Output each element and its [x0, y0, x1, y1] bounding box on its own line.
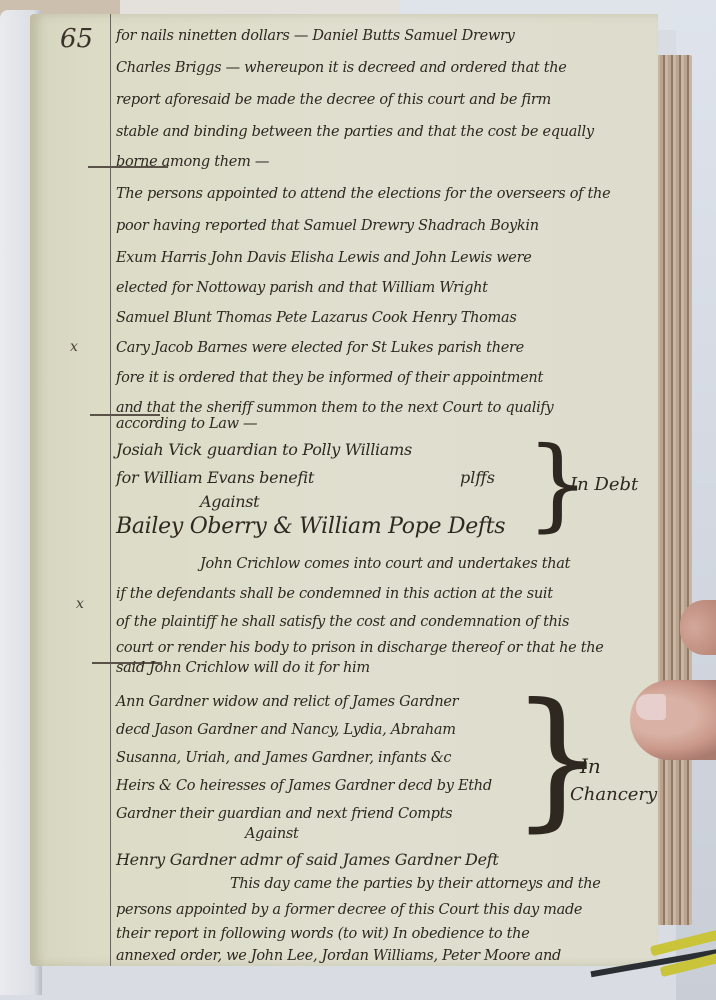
- against-label: Against: [200, 492, 259, 511]
- text-line: report aforesaid be made the decree of t…: [116, 92, 551, 108]
- book-clamp: [590, 920, 716, 1000]
- book-page-edges: [652, 55, 692, 925]
- text-line: annexed order, we John Lee, Jordan Willi…: [116, 948, 561, 964]
- against-label: Against: [245, 826, 299, 842]
- margin-mark: x: [70, 339, 78, 355]
- text-line: This day came the parties by their attor…: [230, 876, 601, 892]
- text-line: stable and binding between the parties a…: [116, 124, 594, 140]
- text-line: fore it is ordered that they be informed…: [116, 370, 543, 386]
- case-type-label: In Debt: [570, 474, 638, 495]
- text-line: persons appointed by a former decree of …: [116, 902, 582, 918]
- margin-mark: x: [76, 596, 84, 612]
- text-line: if the defendants shall be condemned in …: [116, 586, 553, 602]
- case-complainant-line: Susanna, Uriah, and James Gardner, infan…: [116, 750, 451, 766]
- case-complainant-line: decd Jason Gardner and Nancy, Lydia, Abr…: [116, 722, 456, 738]
- text-line: said John Crichlow will do it for him: [116, 660, 370, 676]
- text-line: their report in following words (to wit)…: [116, 926, 529, 942]
- text-line: and that the sheriff summon them to the …: [116, 400, 553, 416]
- case-complainant-line: Heirs & Co heiresses of James Gardner de…: [116, 778, 492, 794]
- case-plaintiff-line: Josiah Vick guardian to Polly Williams: [116, 440, 412, 459]
- text-line: borne among them —: [116, 154, 269, 170]
- case-type-label-in: In: [580, 754, 601, 778]
- text-line: according to Law —: [116, 416, 257, 432]
- thumbnail: [636, 694, 666, 720]
- case-complainant-line: Gardner their guardian and next friend C…: [116, 806, 452, 822]
- text-line: The persons appointed to attend the elec…: [116, 186, 610, 202]
- ledger-page: 65 x x for nails ninetten dollars — Dani…: [30, 14, 658, 966]
- text-line: John Crichlow comes into court and under…: [200, 556, 570, 572]
- thumb: [630, 680, 716, 760]
- text-line: of the plaintiff he shall satisfy the co…: [116, 614, 569, 630]
- text-line: court or render his body to prison in di…: [116, 640, 604, 656]
- text-line: Samuel Blunt Thomas Pete Lazarus Cook He…: [116, 310, 517, 326]
- margin-rule: [110, 14, 111, 966]
- text-line: Cary Jacob Barnes were elected for St Lu…: [116, 340, 524, 356]
- case-defendant-line: Henry Gardner admr of said James Gardner…: [116, 850, 499, 869]
- page-number: 65: [60, 24, 93, 54]
- text-line: Exum Harris John Davis Elisha Lewis and …: [116, 250, 532, 266]
- case-defendants-line: Bailey Oberry & William Pope Defts: [116, 514, 505, 539]
- case-complainant-line: Ann Gardner widow and relict of James Ga…: [116, 694, 458, 710]
- case-type-label-chancery: Chancery: [570, 784, 657, 805]
- text-line: for nails ninetten dollars — Daniel Butt…: [116, 28, 515, 44]
- text-line: elected for Nottoway parish and that Wil…: [116, 280, 488, 296]
- plaintiffs-label: plffs: [460, 468, 495, 487]
- case-plaintiff-line: for William Evans benefit: [116, 468, 314, 487]
- text-line: poor having reported that Samuel Drewry …: [116, 218, 539, 234]
- text-line: Charles Briggs — whereupon it is decreed…: [116, 60, 567, 76]
